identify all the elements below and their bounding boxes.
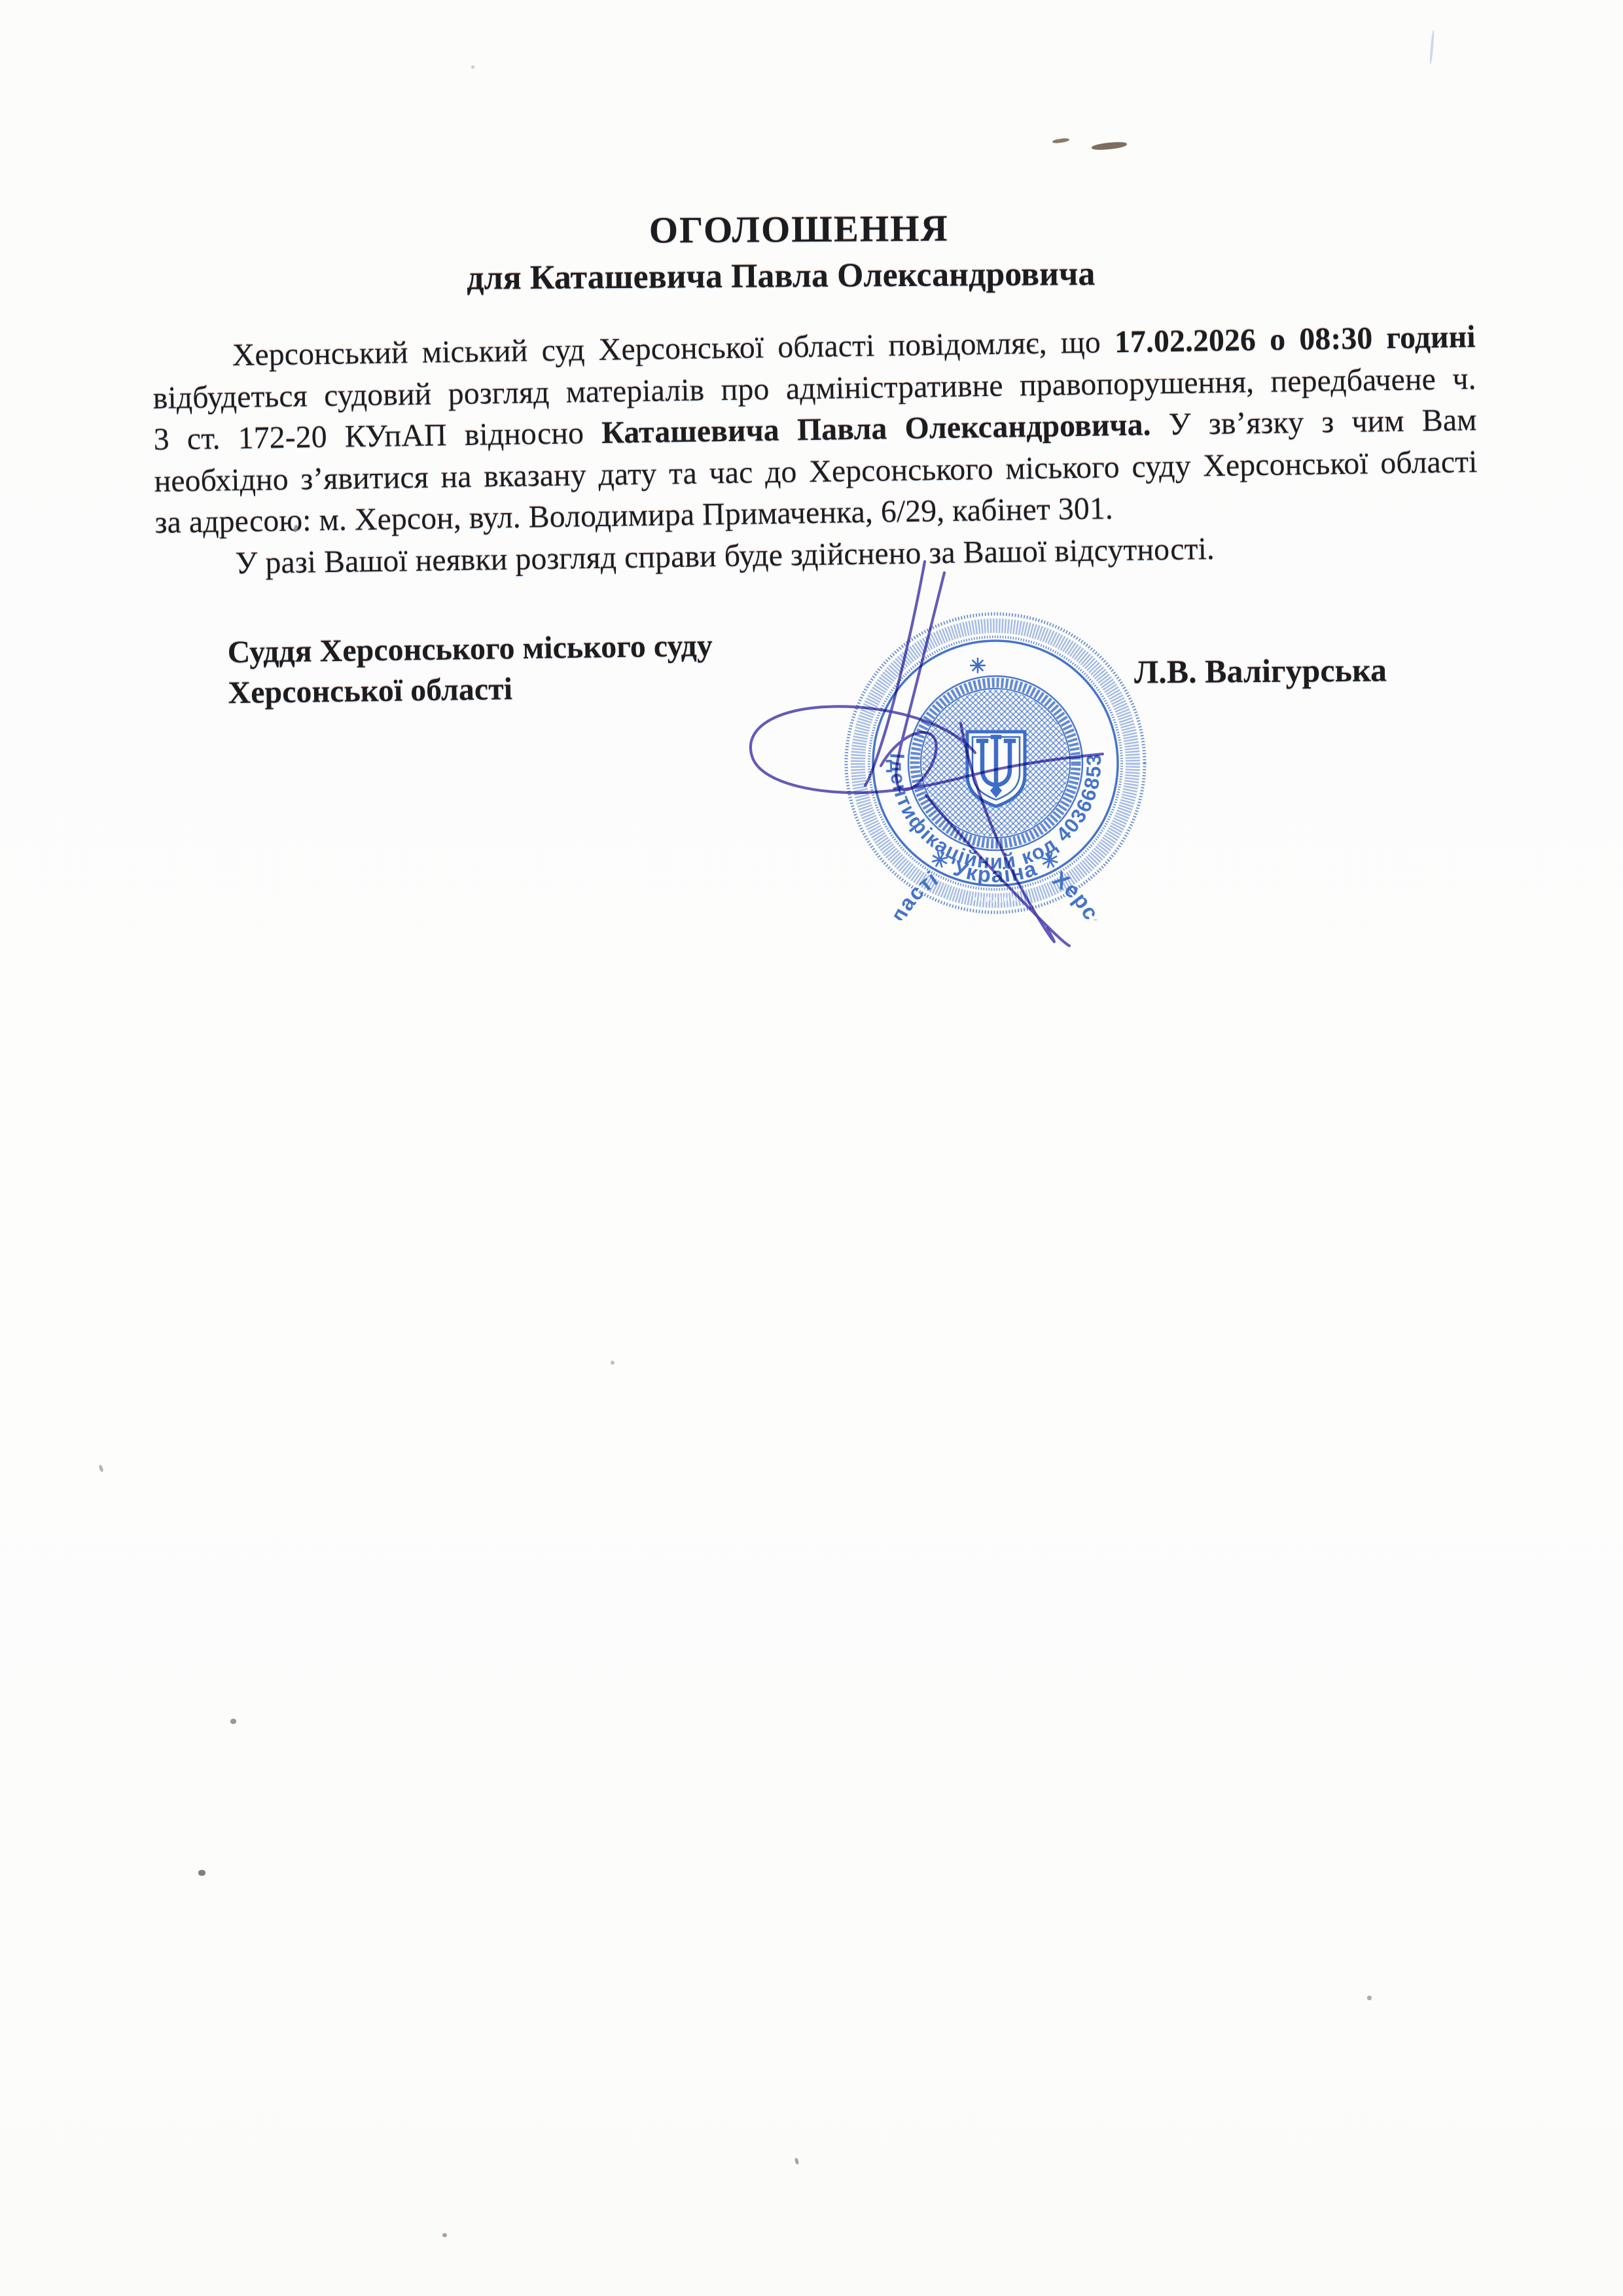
body-text: 3 ст. 172-20 КУпАП відносно (153, 416, 601, 457)
scan-speck (98, 1464, 103, 1472)
scanned-court-document: ОГОЛОШЕННЯ для Каташевича Павла Олександ… (0, 0, 1623, 2296)
document-title: ОГОЛОШЕННЯ (138, 204, 1460, 255)
scan-speck (230, 1719, 236, 1724)
title-block: ОГОЛОШЕННЯ для Каташевича Павла Олександ… (154, 204, 1476, 300)
scan-speck (198, 1870, 205, 1876)
scan-speck (442, 2233, 447, 2237)
body-text-bold: 17.02.2026 о 08:30 годині (1115, 319, 1476, 359)
handwritten-signature (720, 537, 1191, 982)
scan-speck (1367, 1996, 1372, 2000)
scan-speck (1092, 141, 1128, 151)
pen-strokes (751, 562, 1103, 946)
document-subtitle: для Каташевича Павла Олександровича (120, 252, 1442, 300)
scan-speck (794, 2158, 799, 2165)
body-text-bold: Каташевича Павла Олександровича. (601, 407, 1151, 450)
scan-speck (611, 1361, 615, 1365)
body-text: У зв’язку з чим Вам (1150, 403, 1477, 442)
scan-speck (1429, 30, 1435, 64)
scan-speck (471, 65, 474, 69)
scan-speck (1052, 137, 1070, 144)
